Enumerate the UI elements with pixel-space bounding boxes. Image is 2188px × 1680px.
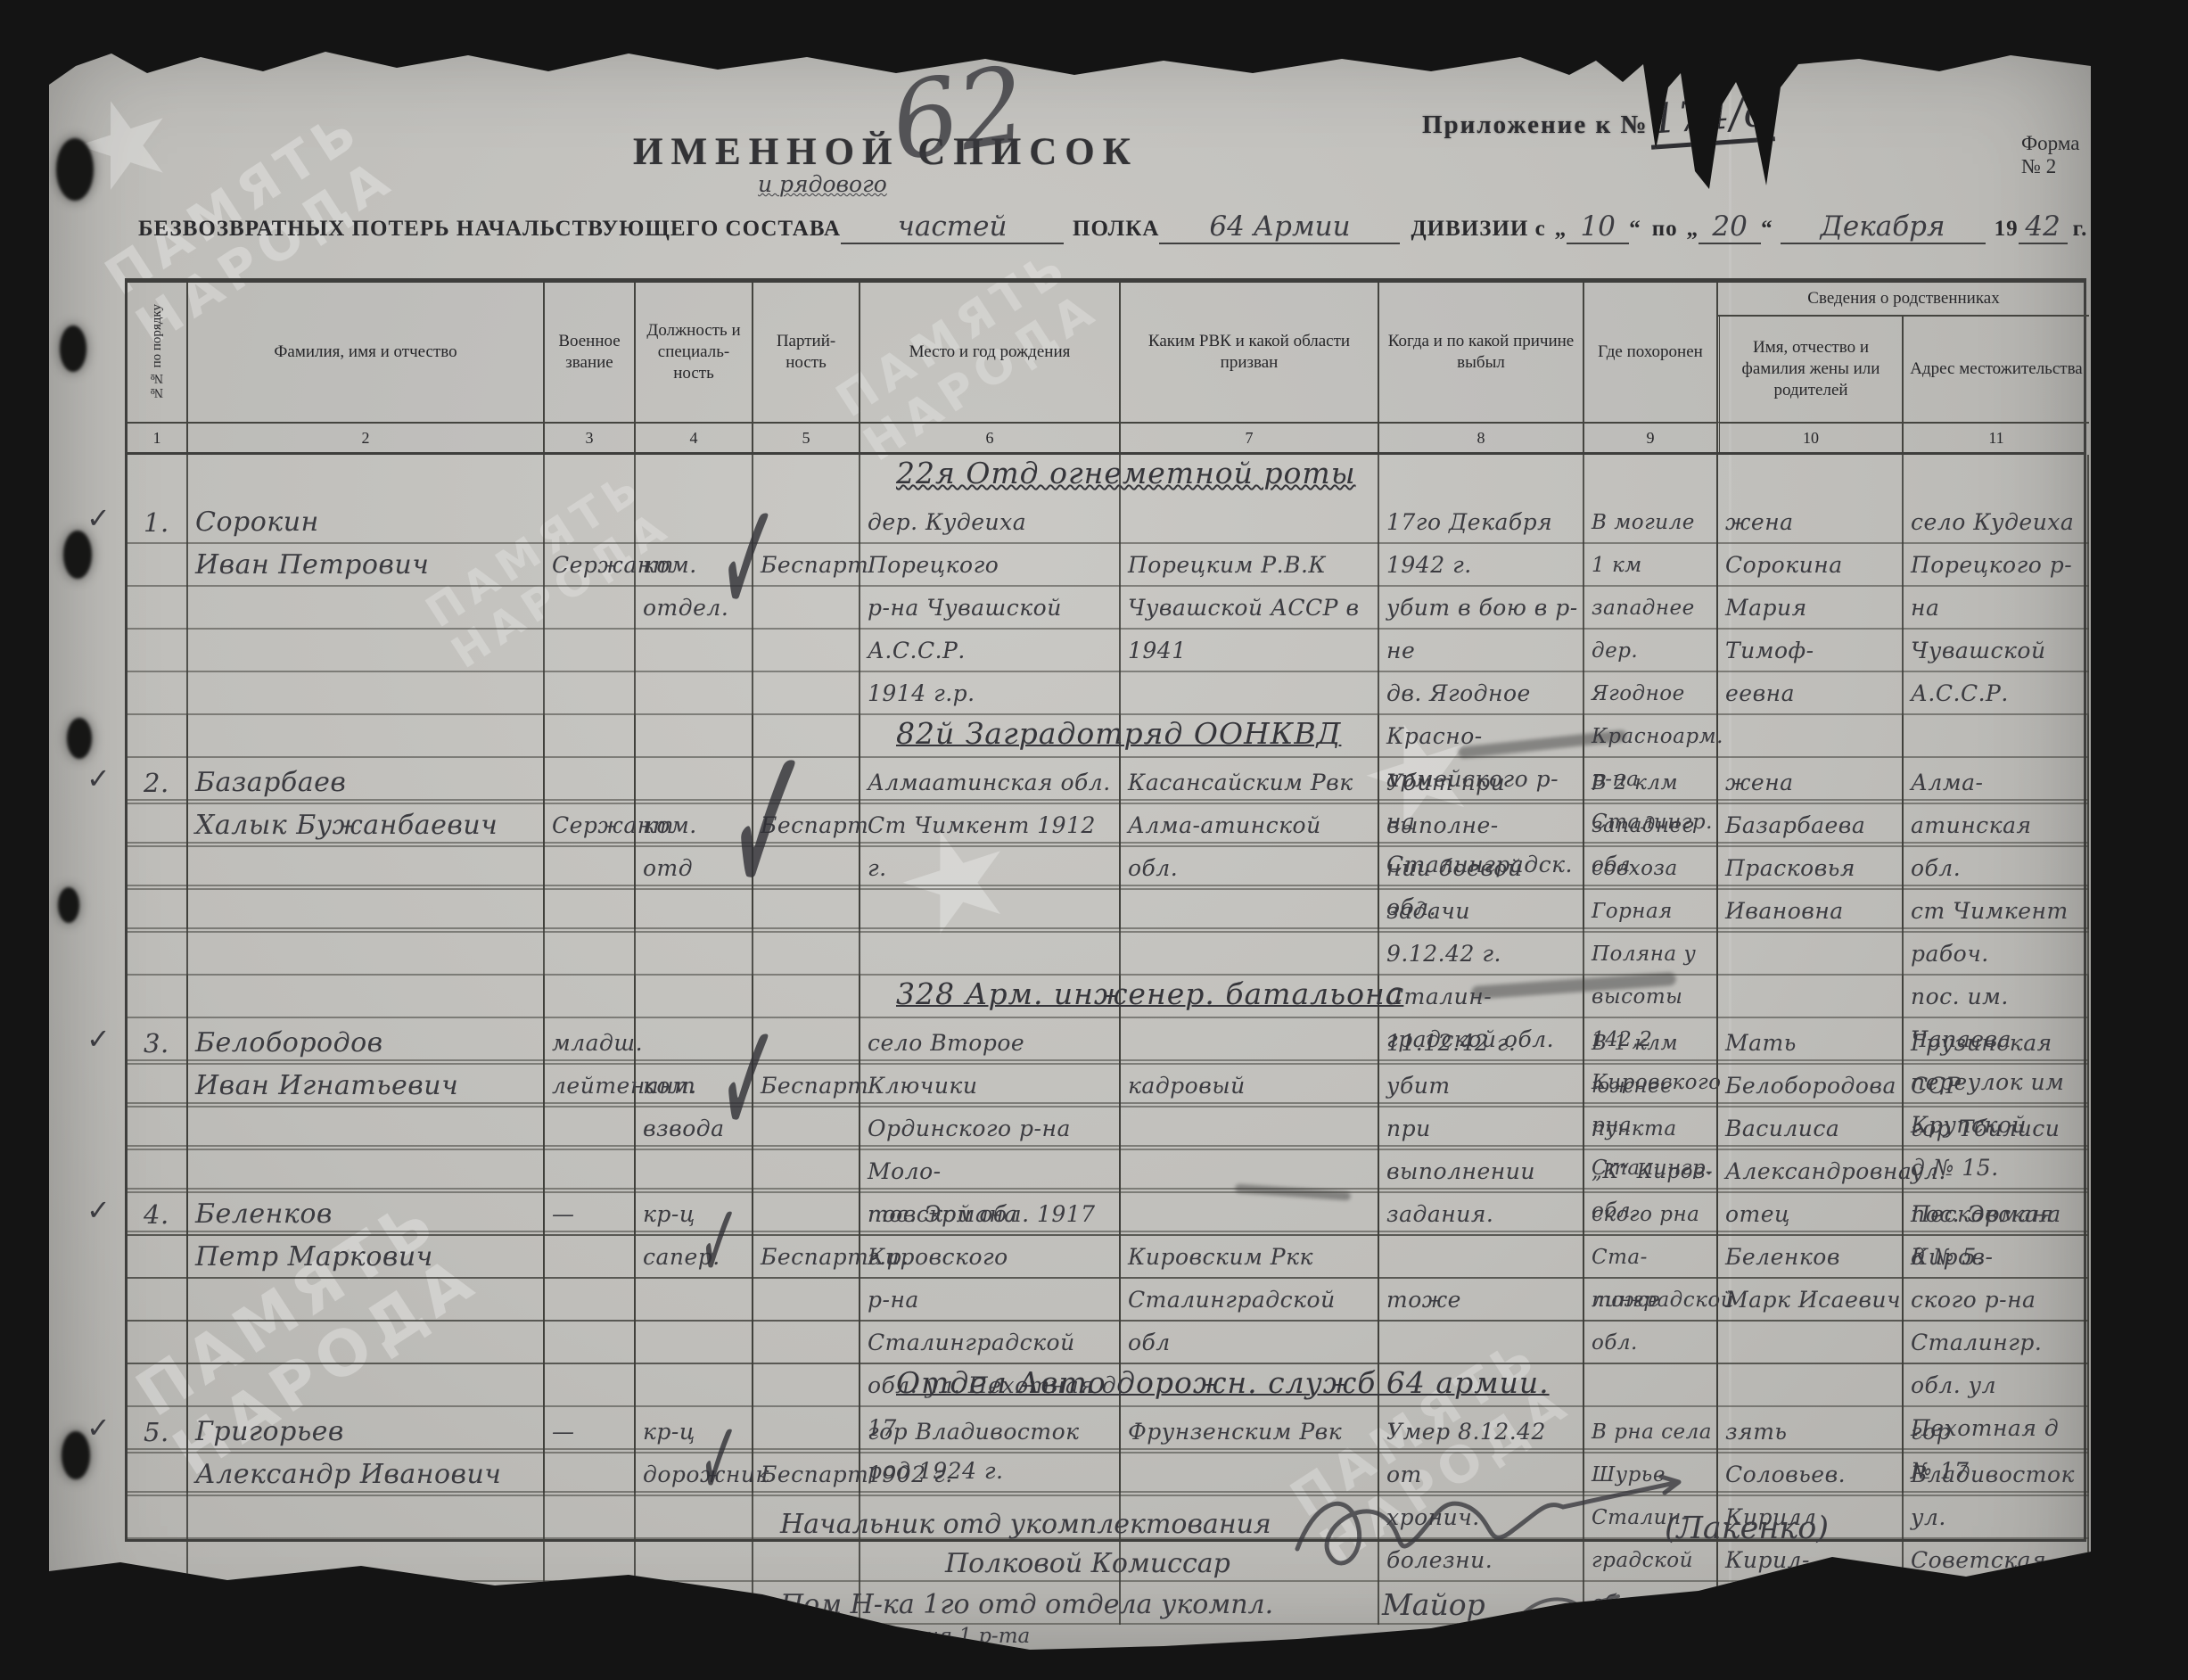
handwritten-page-number: 62 [883,42,1034,185]
column-number: 6 [860,422,1121,452]
column-header-family: Имя, отчество и фамилия жены или родител… [1716,317,1904,422]
subtitle-printed-text: БЕЗВОЗВРАТНЫХ ПОТЕРЬ НАЧАЛЬСТВУЮЩЕГО СОС… [138,217,841,242]
subtitle-printed-text: г. [2073,217,2088,242]
paper-tear [56,138,94,201]
column-number: 4 [636,422,753,452]
subtitle-printed-text: 19 [1995,217,2019,242]
margin-check-icon: ✓ [86,762,111,795]
document-paper: ПАМЯТЬ НАРОДА ★ ПАМЯТЬ НАРОДА ПАМЯТЬ НАР… [49,36,2091,1654]
checkmark-icon: ✓ [698,1403,741,1517]
column-number: 11 [1904,422,2089,452]
table-row: ✓ 4. Беленков Петр Маркович — кр-ц сапер… [127,1193,2084,1364]
column-number: 1 [127,422,188,452]
quote-mark: “ [1629,217,1641,242]
cell-number: ✓ 5. [127,1411,188,1625]
column-number: 5 [753,422,860,452]
margin-check-icon: ✓ [86,1022,111,1056]
section-header-row: 82й Заградотряд ООНКВД [127,715,2084,762]
column-number: 10 [1716,422,1904,452]
unit-section-title: 328 Арм. инженер. батальона [896,976,1403,1011]
column-header-buried: Где похоронен [1584,283,1718,422]
unit-fill-handwritten: частей [841,210,1064,244]
unit-section-title: 22я Отд огнеметной роты [896,456,1356,490]
checkmark-icon: ✓ [716,473,781,646]
column-header-name: Фамилия, имя и отчество [188,283,545,422]
table-row: ✓ 1. Сорокин Иван Петрович Сержант ком. … [127,501,2084,715]
signature-name-2: (Строганов) [1645,1591,1830,1623]
punch-hole [63,531,92,579]
section-header-row: 22я Отд огнеметной роты [127,455,2084,501]
watermark-text: ПАМЯТЬ [95,99,372,307]
signature-name-1: (Лакенко) [1665,1511,1829,1546]
year-handwritten: 42 [2019,210,2068,244]
regiment-fill-handwritten: 64 Армии [1159,210,1400,244]
margin-check-icon: ✓ [86,501,111,535]
column-number: 3 [545,422,636,452]
quote-mark: „ [1687,217,1699,242]
subtitle-printed-text: ПОЛКА [1073,217,1159,242]
quote-mark: “ [1761,217,1773,242]
signatory-rank-1: Полковой Комиссар [945,1548,1230,1579]
date-from-handwritten: 10 [1567,210,1629,244]
table-row: ✓ 2. Базарбаев Халык Бужанбаевич Сержант… [127,762,2084,976]
signatory-rank-2: Майор [1382,1587,1485,1622]
column-header-number: №№ по порядку [127,283,188,422]
signature-scribble [1279,1455,1699,1589]
relatives-group-header: Сведения о родственниках [1718,283,2089,317]
signatory-title-1: Начальник отд укомплектования [780,1509,1271,1540]
table-header: №№ по порядку Фамилия, имя и отчество Во… [125,278,2086,455]
subtitle-line: БЕЗВОЗВРАТНЫХ ПОТЕРЬ НАЧАЛЬСТВУЮЩЕГО СОС… [138,210,2091,244]
form-number-label: Форма № 2 [2021,132,2091,178]
column-header-rvk: Каким РВК и какой области призван [1121,283,1379,422]
scanned-document-canvas: ПАМЯТЬ НАРОДА ★ ПАМЯТЬ НАРОДА ПАМЯТЬ НАР… [0,0,2188,1680]
appendix-number-handwritten: 174/с [1648,86,1775,150]
signatory-title-2-cont: тования 1 р-та [856,1625,1030,1648]
signatory-title-2: Пом Н-ка 1го отд отдела укомпл. [780,1589,1273,1620]
cell-rank: — [545,1411,636,1625]
column-header-when: Когда и по какой причине выбыл [1379,283,1584,422]
quote-mark: „ [1555,217,1567,242]
table-row: ✓ 3. Белобородов Иван Игнатьевич младш. … [127,1022,2084,1193]
table-body: 22я Отд огнеметной роты ✓ 1. Сорокин Ива… [125,455,2086,1542]
column-header-address: Адрес местожительства [1904,317,2089,422]
checkmark-icon: ✓ [698,1185,741,1299]
column-header-birth: Место и год рождения [860,283,1121,422]
column-number: 7 [1121,422,1379,452]
column-header-party: Партий- ность [753,283,860,422]
unit-section-title: Отдел Авто дорожн. служб 64 армии. [896,1365,1550,1400]
month-handwritten: Декабря [1781,210,1986,244]
punch-hole [60,325,86,372]
section-header-row: 328 Арм. инженер. батальона [127,976,2084,1022]
document-title: ИМЕННОЙ СПИСОК [633,130,1139,174]
checkmark-icon: ✓ [724,704,813,943]
margin-check-icon: ✓ [86,1193,111,1227]
section-header-row: Отдел Авто дорожн. служб 64 армии. [127,1364,2084,1411]
column-number: 9 [1584,422,1718,452]
cell-address: гор Владивосток ул. Советская д № 27 кв … [1904,1411,2089,1625]
unit-section-title: 82й Заградотряд ООНКВД [896,716,1341,751]
casualty-table: №№ по порядку Фамилия, имя и отчество Во… [125,278,2086,1542]
column-number: 2 [188,422,545,452]
cell-name: Григорьев Александр Иванович [188,1411,545,1625]
handwritten-insertion: и рядового [758,171,887,197]
punch-hole [58,887,79,923]
punch-hole [67,718,92,759]
appendix-stamp: Приложение к № [1422,111,1649,140]
checkmark-icon: ✓ [716,993,781,1167]
column-header-duty: Должность и специаль- ность [636,283,753,422]
margin-check-icon: ✓ [86,1411,111,1445]
signature-scribble [1511,1578,1627,1632]
subtitle-printed-text: ДИВИЗИИ с [1411,217,1545,242]
subtitle-printed-text: по [1652,217,1678,242]
column-header-rank: Военное звание [545,283,636,422]
date-to-handwritten: 20 [1699,210,1761,244]
column-number: 8 [1379,422,1584,452]
